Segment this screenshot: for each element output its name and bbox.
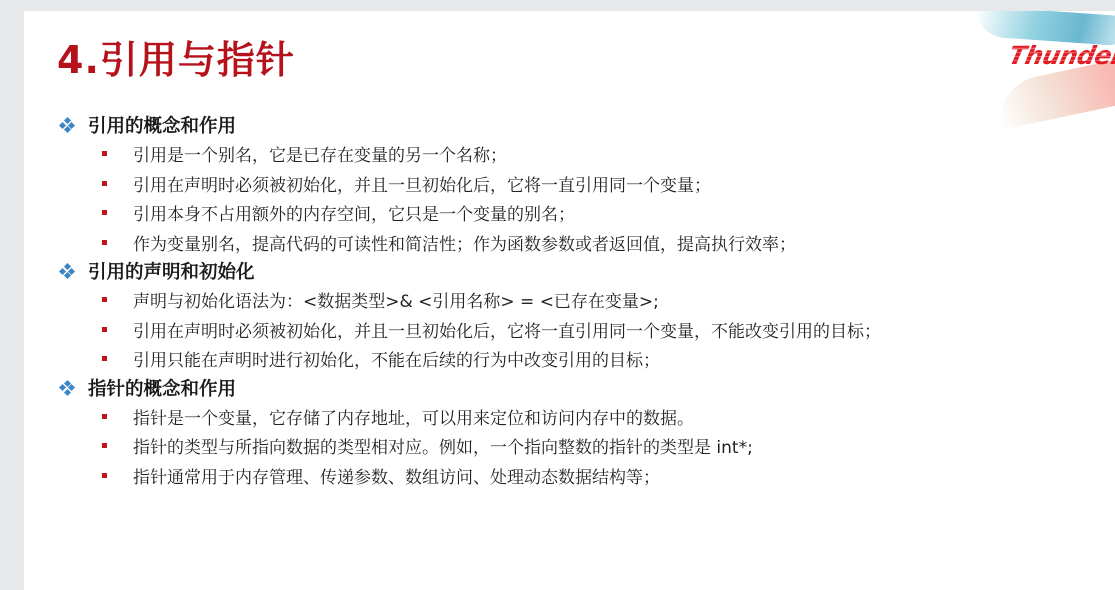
list-item: 声明与初始化语法为：<数据类型>& <引用名称> = <已存在变量>;: [102, 285, 1110, 315]
list-item: 引用在声明时必须被初始化，并且一旦初始化后，它将一直引用同一个变量，不能改变引用…: [102, 315, 1110, 345]
section-heading: 引用的声明和初始化: [60, 257, 1110, 285]
list-item: 引用只能在声明时进行初始化，不能在后续的行为中改变引用的目标；: [102, 344, 1110, 374]
diamond-bullet-icon: [60, 264, 74, 278]
bullet-text: 声明与初始化语法为：<数据类型>& <引用名称> = <已存在变量>;: [133, 287, 659, 312]
section-heading: 引用的概念和作用: [60, 111, 1110, 139]
list-item: 指针的类型与所指向数据的类型相对应。例如，一个指向整数的指针的类型是 int*;: [102, 431, 1110, 461]
section-pointer-concept: 指针的概念和作用 指针是一个变量，它存储了内存地址，可以用来定位和访问内存中的数…: [60, 374, 1110, 491]
logo-text: Thunder: [1006, 41, 1115, 70]
square-bullet-icon: [102, 181, 107, 186]
square-bullet-icon: [102, 297, 107, 302]
bullet-text: 指针是一个变量，它存储了内存地址，可以用来定位和访问内存中的数据。: [133, 404, 694, 429]
square-bullet-icon: [102, 240, 107, 245]
bullet-text: 指针的类型与所指向数据的类型相对应。例如，一个指向整数的指针的类型是 int*;: [133, 433, 753, 458]
diamond-bullet-icon: [60, 381, 74, 395]
list-item: 作为变量别名，提高代码的可读性和简洁性；作为函数参数或者返回值，提高执行效率；: [102, 228, 1110, 258]
section-title: 指针的概念和作用: [88, 375, 236, 401]
slide-title: 4.引用与指针: [57, 29, 295, 84]
section-title: 引用的声明和初始化: [88, 258, 255, 284]
list-item: 引用本身不占用额外的内存空间，它只是一个变量的别名；: [102, 198, 1110, 228]
square-bullet-icon: [102, 414, 107, 419]
bullet-text: 引用本身不占用额外的内存空间，它只是一个变量的别名；: [133, 200, 575, 225]
bullet-text: 引用是一个别名，它是已存在变量的另一个名称；: [133, 141, 507, 166]
list-item: 指针是一个变量，它存储了内存地址，可以用来定位和访问内存中的数据。: [102, 402, 1110, 432]
bullet-text: 作为变量别名，提高代码的可读性和简洁性；作为函数参数或者返回值，提高执行效率；: [133, 230, 796, 255]
bullet-text: 指针通常用于内存管理、传递参数、数组访问、处理动态数据结构等；: [133, 463, 660, 488]
bullet-text: 引用在声明时必须被初始化，并且一旦初始化后，它将一直引用同一个变量；: [133, 171, 711, 196]
list-item: 指针通常用于内存管理、传递参数、数组访问、处理动态数据结构等；: [102, 461, 1110, 491]
section-reference-concept: 引用的概念和作用 引用是一个别名，它是已存在变量的另一个名称； 引用在声明时必须…: [60, 111, 1110, 257]
slide-content: 引用的概念和作用 引用是一个别名，它是已存在变量的另一个名称； 引用在声明时必须…: [60, 111, 1110, 490]
bullet-text: 引用在声明时必须被初始化，并且一旦初始化后，它将一直引用同一个变量，不能改变引用…: [133, 317, 881, 342]
section-title: 引用的概念和作用: [88, 112, 236, 138]
list-item: 引用在声明时必须被初始化，并且一旦初始化后，它将一直引用同一个变量；: [102, 169, 1110, 199]
square-bullet-icon: [102, 356, 107, 361]
diamond-bullet-icon: [60, 118, 74, 132]
section-reference-declaration: 引用的声明和初始化 声明与初始化语法为：<数据类型>& <引用名称> = <已存…: [60, 257, 1110, 374]
square-bullet-icon: [102, 327, 107, 332]
bullet-list: 指针是一个变量，它存储了内存地址，可以用来定位和访问内存中的数据。 指针的类型与…: [60, 402, 1110, 491]
section-heading: 指针的概念和作用: [60, 374, 1110, 402]
slide: Thunder 4.引用与指针 引用的概念和作用 引用是一个别名，它是已存在变量…: [24, 11, 1115, 590]
list-item: 引用是一个别名，它是已存在变量的另一个名称；: [102, 139, 1110, 169]
square-bullet-icon: [102, 473, 107, 478]
square-bullet-icon: [102, 151, 107, 156]
bullet-text: 引用只能在声明时进行初始化，不能在后续的行为中改变引用的目标；: [133, 346, 660, 371]
square-bullet-icon: [102, 210, 107, 215]
square-bullet-icon: [102, 443, 107, 448]
bullet-list: 声明与初始化语法为：<数据类型>& <引用名称> = <已存在变量>; 引用在声…: [60, 285, 1110, 374]
bullet-list: 引用是一个别名，它是已存在变量的另一个名称； 引用在声明时必须被初始化，并且一旦…: [60, 139, 1110, 257]
